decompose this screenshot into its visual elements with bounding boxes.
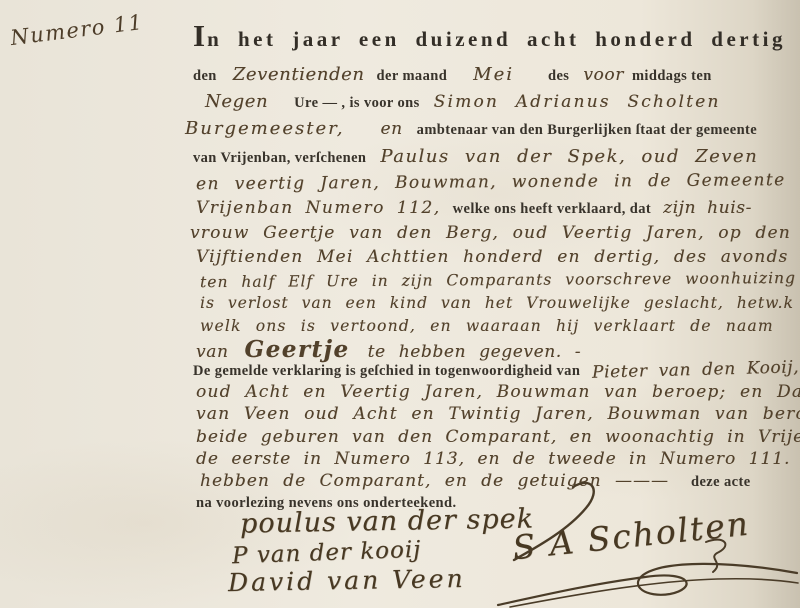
printed-ambtenaar: ambtenaar van den Burgerlijken ſtaat der… (417, 122, 757, 138)
daypart-entry: voor (583, 65, 624, 85)
entry-en: en (380, 119, 402, 139)
signature-witness-2: David van Veen (228, 564, 466, 597)
year-header: In het jaar een duizend acht honderd der… (193, 18, 786, 54)
mother-name-entry: vrouw Geertje van den Berg, oud Veertig … (190, 223, 791, 243)
house-numbers-line: de eerste in Numero 113, en de tweede in… (196, 449, 800, 469)
witness2-detail-line: van Veen oud Acht en Twintig Jaren, Bouw… (196, 404, 800, 424)
shown-entry: welk ons is vertoond, en waaraan hij ver… (200, 317, 774, 335)
entry-gegeven: te hebben gegeven. - (368, 342, 582, 362)
witness2-age-occupation: van Veen oud Acht en Twintig Jaren, Bouw… (196, 404, 800, 424)
child-name-line: van Geertje te hebben gegeven. - (196, 336, 581, 363)
witness-house-numbers: de eerste in Numero 113, en de tweede in… (196, 449, 800, 469)
mother-line: vrouw Geertje van den Berg, oud Veertig … (190, 223, 791, 243)
witness1-detail-line: oud Acht en Veertig Jaren, Bouwman van b… (196, 382, 800, 402)
declarant-line: van Vrijenban, verſchenen Paulus van der… (193, 146, 758, 167)
printed-den: den (193, 68, 217, 84)
printed-ure-voor-ons: Ure — , is voor ons (294, 95, 419, 111)
printed-verklaard-dat: welke ons heeft verklaard, dat (453, 201, 651, 217)
hour-line: Negen Ure — , is voor ons Simon Adrianus… (205, 91, 721, 112)
day-entry: Zeventienden (233, 64, 365, 85)
printed-des: des (548, 68, 569, 84)
official-name-entry: Simon Adrianus Scholten (434, 92, 721, 112)
printed-deze-acte: deze acte (691, 474, 751, 490)
birthtime-entry: ten half Elf Ure in zijn Comparants voor… (200, 269, 796, 291)
act-number: Numero 11 (9, 10, 145, 50)
birthdate-entry: Vijftienden Mei Achttien honderd en dert… (196, 247, 788, 267)
birthtime-line: ten half Elf Ure in zijn Comparants voor… (200, 269, 796, 292)
birth-record-page: Numero 11 In het jaar een duizend acht h… (0, 0, 800, 608)
shown-line: welk ons is vertoond, en waaraan hij ver… (200, 317, 774, 336)
printed-verklaring-geschied: De gemelde verklaring is geſchied in tog… (193, 363, 580, 379)
witness1-age-occupation: oud Acht en Veertig Jaren, Bouwman van b… (196, 382, 800, 402)
printed-middags-ten: middags ten (632, 68, 712, 84)
signature-official: S A Scholten (511, 504, 752, 568)
witness1-name-entry: Pieter van den Kooij, (592, 357, 800, 382)
address-line: Vrijenban Numero 112, welke ons heeft ve… (196, 198, 752, 218)
neighbours-line: beide geburen van den Comparant, en woon… (196, 427, 800, 447)
birthdate-line: Vijftienden Mei Achttien honderd en dert… (196, 247, 788, 267)
month-entry: Mei (473, 64, 514, 85)
signing-line: hebben de Comparant, en de getuigen ——— … (200, 471, 751, 491)
signature-comparant: poulus van der spek (240, 503, 534, 539)
gender-line: is verlost van een kind van het Vrouweli… (200, 294, 794, 313)
signing-entry: hebben de Comparant, en de getuigen ——— (200, 471, 669, 491)
house-number-entry: Vrijenban Numero 112, (196, 198, 441, 218)
date-line: den Zeventienden der maand Mei des voor … (193, 64, 712, 85)
declarant-age-occupation: en veertig Jaren, Bouwman, wonende in de… (196, 170, 800, 194)
declarant-detail-line: en veertig Jaren, Bouwman, wonende in de… (196, 170, 800, 194)
entry-zijn-huis: zijn huis- (663, 198, 752, 218)
neighbours-entry: beide geburen van den Comparant, en woon… (196, 427, 800, 447)
witnesses-intro-line: De gemelde verklaring is geſchied in tog… (193, 360, 799, 380)
official-title-line: Burgemeester, en ambtenaar van den Burge… (185, 118, 757, 139)
declarant-name-entry: Paulus van der Spek, oud Zeven (380, 146, 758, 167)
entry-van: van (196, 342, 229, 362)
printed-der-maand: der maand (377, 68, 448, 84)
official-title-entry: Burgemeester, (185, 118, 344, 139)
gender-entry: is verlost van een kind van het Vrouweli… (200, 294, 794, 312)
printed-verschenen: van Vrijenban, verſchenen (193, 150, 366, 166)
child-name-entry: Geertje (245, 336, 350, 363)
hour-entry: Negen (205, 91, 268, 112)
